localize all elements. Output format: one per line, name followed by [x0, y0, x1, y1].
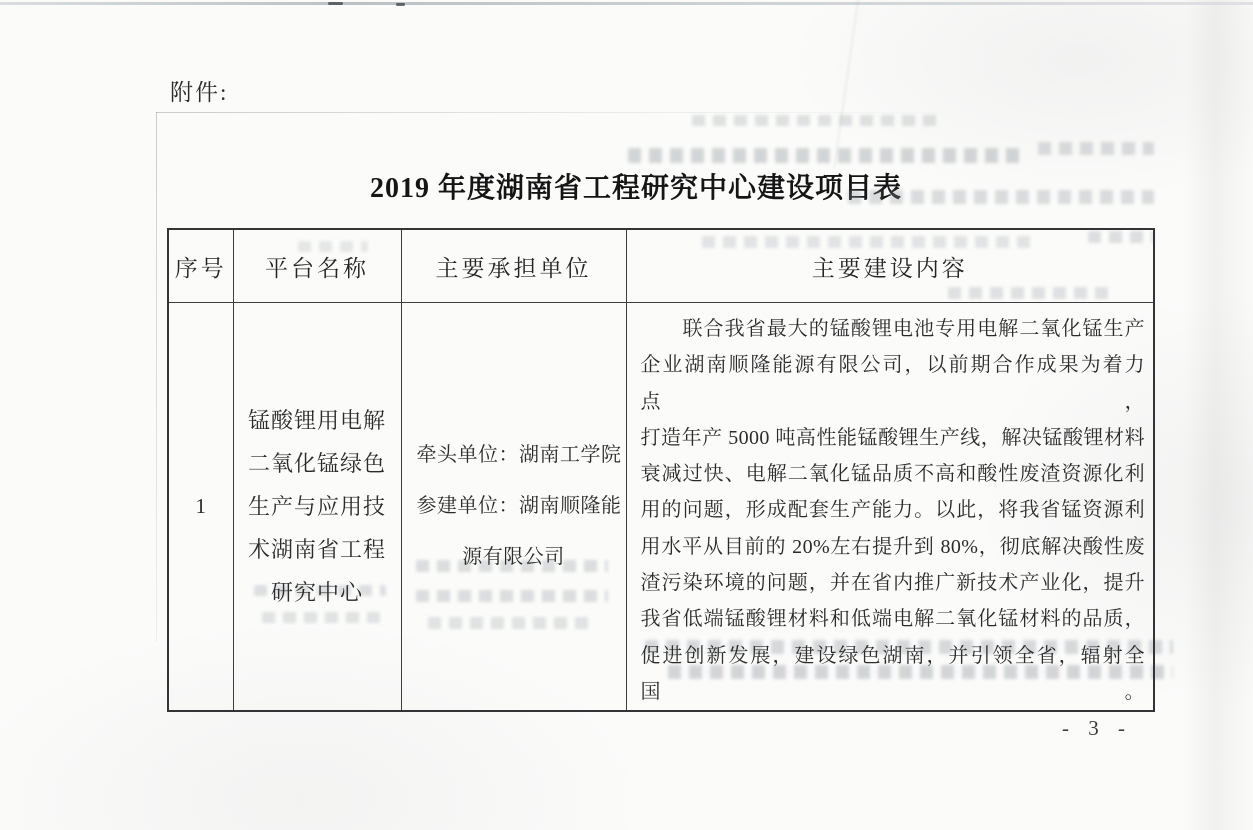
cell-index: 1	[168, 303, 233, 712]
unit-line: 牵头单位：湖南工学院	[402, 430, 626, 481]
platform-name-line: 锰酸锂用电解	[234, 399, 401, 442]
column-header-index: 序号	[168, 229, 233, 303]
content-line: 用水平从目前的 20%左右提升到 80%，彻底解决酸性废	[641, 529, 1146, 565]
content-line: 用的问题，形成配套生产能力。以此，将我省锰资源利	[641, 492, 1146, 528]
platform-name-line: 术湖南省工程	[234, 528, 401, 571]
bleed-through-text	[848, 190, 1154, 204]
scanned-document-page: 附件: 2019 年度湖南省工程研究中心建设项目表 序号 平台名称 主要承担单位…	[0, 0, 1253, 830]
page-number: - 3 -	[1062, 716, 1129, 741]
cell-construction-content: 联合我省最大的锰酸锂电池专用电解二氧化锰生产 企业湖南顺隆能源有限公司，以前期合…	[626, 303, 1154, 712]
table-header-row: 序号 平台名称 主要承担单位 主要建设内容	[168, 229, 1154, 303]
paper-crease	[833, 0, 860, 167]
platform-name-line: 二氧化锰绿色	[234, 442, 401, 485]
column-header-unit: 主要承担单位	[401, 229, 626, 303]
content-line: 打造年产 5000 吨高性能锰酸锂生产线，解决锰酸锂材料	[641, 420, 1146, 456]
content-line: 企业湖南顺隆能源有限公司，以前期合作成果为着力点，	[641, 347, 1146, 420]
scanner-edge-artifact	[0, 2, 1253, 5]
platform-name-line: 研究中心	[234, 571, 401, 614]
unit-line: 参建单位：湖南顺隆能	[402, 481, 626, 532]
platform-name-line: 生产与应用技	[234, 485, 401, 528]
cell-platform-name: 锰酸锂用电解 二氧化锰绿色 生产与应用技 术湖南省工程 研究中心	[233, 303, 401, 712]
cell-undertaking-unit: 牵头单位：湖南工学院 参建单位：湖南顺隆能 源有限公司	[401, 303, 626, 712]
column-header-content: 主要建设内容	[626, 229, 1154, 303]
content-line: 衰减过快、电解二氧化锰品质不高和酸性废渣资源化利	[641, 456, 1146, 492]
content-line: 我省低端锰酸锂材料和低端电解二氧化锰材料的品质，	[641, 601, 1146, 637]
projects-table: 序号 平台名称 主要承担单位 主要建设内容 1 锰酸锂用电解 二氧化锰绿色 生产…	[167, 228, 1155, 712]
faint-frame-line	[156, 112, 1056, 113]
table-row: 1 锰酸锂用电解 二氧化锰绿色 生产与应用技 术湖南省工程 研究中心 牵头单位：…	[168, 303, 1154, 712]
column-header-platform: 平台名称	[233, 229, 401, 303]
scan-speck	[396, 3, 405, 6]
bleed-through-text	[692, 115, 940, 126]
scan-speck	[328, 2, 343, 5]
attachment-label: 附件:	[170, 74, 228, 107]
unit-line: 源有限公司	[402, 532, 626, 583]
content-line: 渣污染环境的问题，并在省内推广新技术产业化，提升	[641, 565, 1146, 601]
bleed-through-text	[628, 148, 1026, 163]
content-line: 促进创新发展，建设绿色湖南，并引领全省，辐射全国。	[641, 638, 1146, 711]
bleed-through-text	[1038, 142, 1154, 155]
content-line: 联合我省最大的锰酸锂电池专用电解二氧化锰生产	[641, 311, 1146, 347]
construction-content-paragraph: 联合我省最大的锰酸锂电池专用电解二氧化锰生产 企业湖南顺隆能源有限公司，以前期合…	[627, 303, 1154, 710]
